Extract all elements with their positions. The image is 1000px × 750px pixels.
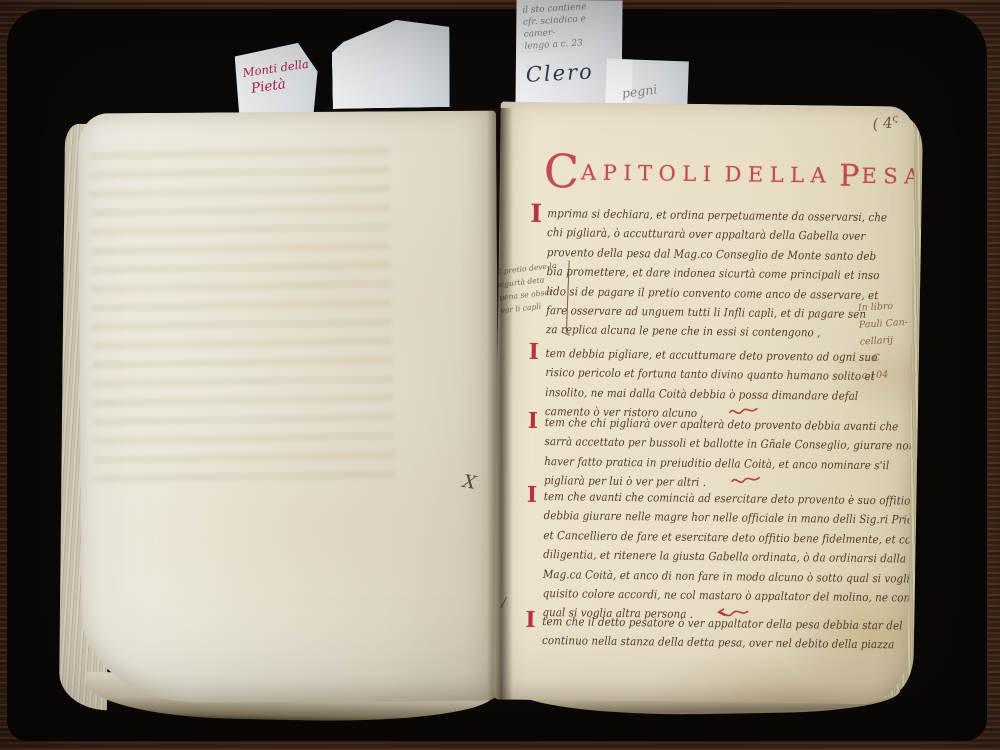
show-through-text [89, 147, 395, 492]
right-page: ( 4ς CAPITOLIDELLAPESA il pretio deve la… [493, 101, 914, 704]
chapter-title: CAPITOLIDELLAPESA [544, 148, 915, 199]
text-line: bia promettere, et dare indonea sicurtà … [547, 264, 880, 282]
bookmark-label: Clero [525, 59, 594, 87]
text-line: continuo nella stanza della detta pesa, … [542, 633, 894, 651]
folio-number: ( 4ς [872, 113, 899, 133]
folio-flourish: ς [892, 113, 899, 124]
drop-initial: I [530, 199, 542, 228]
photo-background: Monti della Pietà il sto contiene cfr. s… [0, 0, 1000, 750]
drop-initial: I [528, 408, 539, 434]
title-initial-c: C [543, 144, 581, 198]
drop-initial: I [528, 339, 539, 365]
paragraph-3: I tem che chi pigliarà over apalterà det… [544, 411, 901, 493]
drop-initial: I [525, 607, 536, 633]
paragraph-end-flourish-icon [731, 476, 761, 486]
paragraph-4: I tem che avanti che comincià ad esercit… [542, 485, 900, 625]
drop-initial: I [527, 482, 538, 508]
paragraph-5: I tem che il detto pesatore ò ver appalt… [542, 610, 898, 653]
text-line: za replica alcuna le pene che in essi si… [546, 322, 821, 339]
bookmark-label: pegni [621, 82, 658, 101]
paragraph-1: I mprima si dechiara, et ordina perpetua… [546, 202, 904, 342]
gutter-shadow [487, 108, 513, 700]
title-initial-p: P [839, 159, 862, 194]
